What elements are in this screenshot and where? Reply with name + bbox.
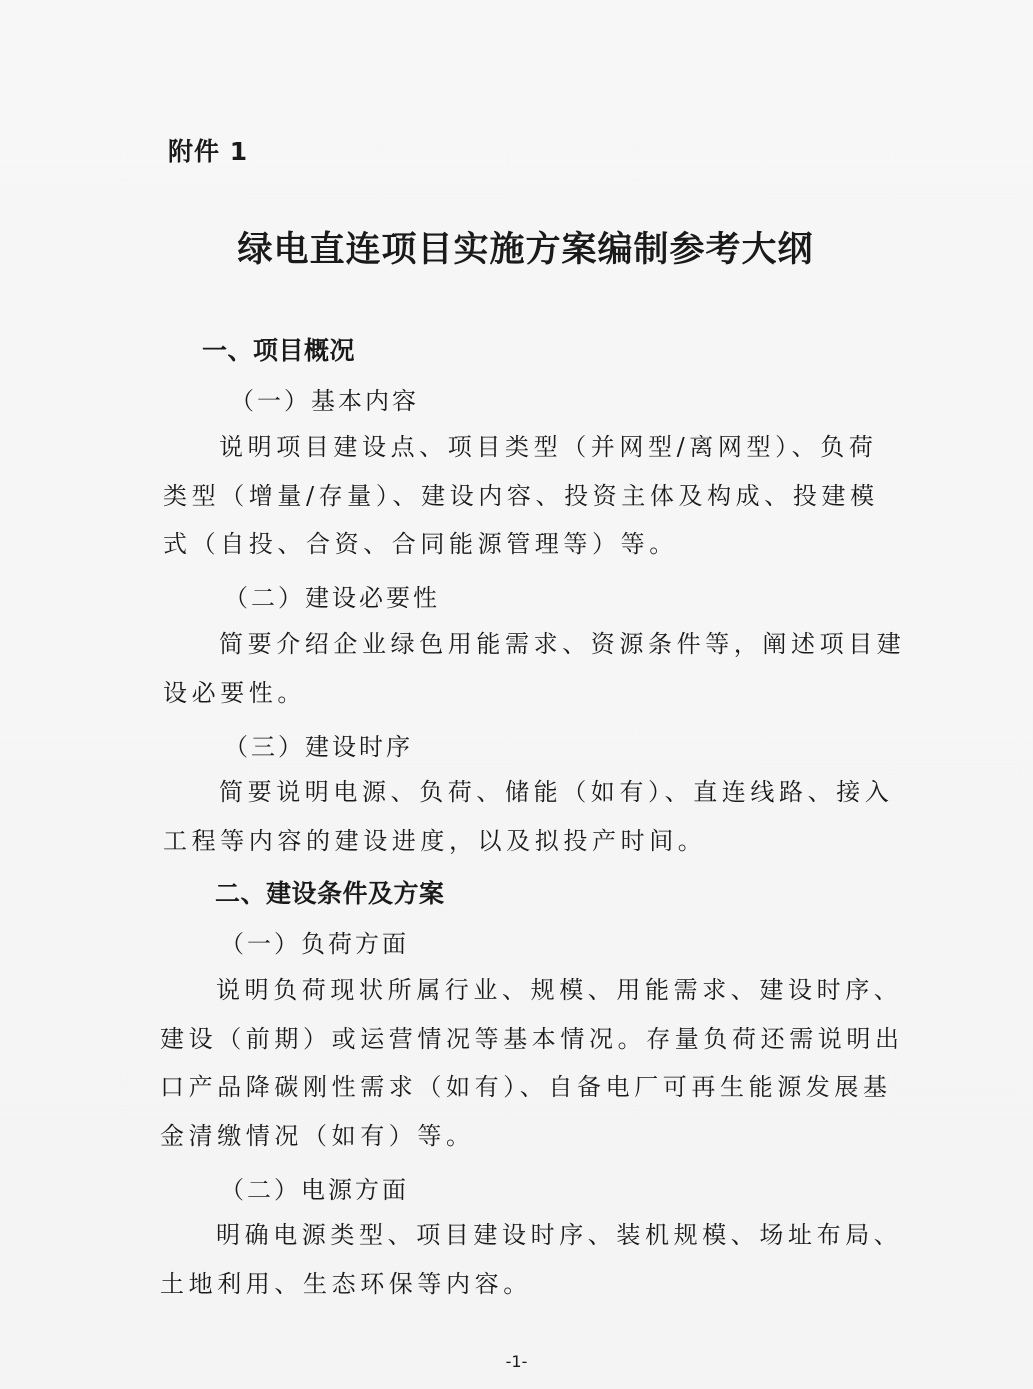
- paragraph-line: 金清缴情况（如有）等。: [160, 1112, 904, 1161]
- paragraph-line: 明确电源类型、项目建设时序、装机规模、场址布局、: [160, 1211, 902, 1260]
- paragraph-2-2: 明确电源类型、项目建设时序、装机规模、场址布局、 土地利用、生态环保等内容。: [160, 1211, 902, 1308]
- paragraph-line: 简要说明电源、负荷、储能（如有）、直连线路、接入: [163, 768, 893, 817]
- paragraph-line: 说明项目建设点、项目类型（并网型/离网型）、负荷: [163, 423, 879, 472]
- document-page: 附件 1 绿电直连项目实施方案编制参考大纲 一、项目概况 （一）基本内容 说明项…: [0, 0, 1033, 1389]
- section-heading-1: 一、项目概况: [202, 331, 355, 367]
- subsection-heading-2-2: （二）电源方面: [220, 1170, 409, 1205]
- subsection-heading-2-1: （一）负荷方面: [220, 924, 409, 959]
- paragraph-line: 土地利用、生态环保等内容。: [160, 1260, 902, 1309]
- subsection-heading-1-3: （三）建设时序: [224, 727, 413, 762]
- paragraph-2-1: 说明负荷现状所属行业、规模、用能需求、建设时序、 建设（前期）或运营情况等基本情…: [160, 966, 904, 1160]
- paragraph-1-1: 说明项目建设点、项目类型（并网型/离网型）、负荷 类型（增量/存量）、建设内容、…: [163, 423, 879, 569]
- page-number: -1-: [0, 1352, 1033, 1371]
- paragraph-1-2: 简要介绍企业绿色用能需求、资源条件等，阐述项目建 设必要性。: [163, 620, 905, 717]
- paragraph-line: 说明负荷现状所属行业、规模、用能需求、建设时序、: [160, 966, 904, 1015]
- document-title: 绿电直连项目实施方案编制参考大纲: [0, 222, 1033, 272]
- paragraph-line: 式（自投、合资、合同能源管理等）等。: [163, 520, 879, 569]
- paragraph-line: 口产品降碳刚性需求（如有）、自备电厂可再生能源发展基: [160, 1063, 904, 1112]
- subsection-heading-1-1: （一）基本内容: [230, 381, 419, 416]
- paragraph-line: 设必要性。: [163, 669, 905, 718]
- paragraph-line: 工程等内容的建设进度，以及拟投产时间。: [163, 817, 893, 866]
- paragraph-line: 建设（前期）或运营情况等基本情况。存量负荷还需说明出: [160, 1015, 904, 1064]
- paragraph-line: 简要介绍企业绿色用能需求、资源条件等，阐述项目建: [163, 620, 905, 669]
- subsection-heading-1-2: （二）建设必要性: [224, 578, 440, 613]
- attachment-label: 附件 1: [168, 132, 248, 168]
- section-heading-2: 二、建设条件及方案: [215, 874, 445, 910]
- paragraph-1-3: 简要说明电源、负荷、储能（如有）、直连线路、接入 工程等内容的建设进度，以及拟投…: [163, 768, 893, 865]
- paragraph-line: 类型（增量/存量）、建设内容、投资主体及构成、投建模: [163, 472, 879, 521]
